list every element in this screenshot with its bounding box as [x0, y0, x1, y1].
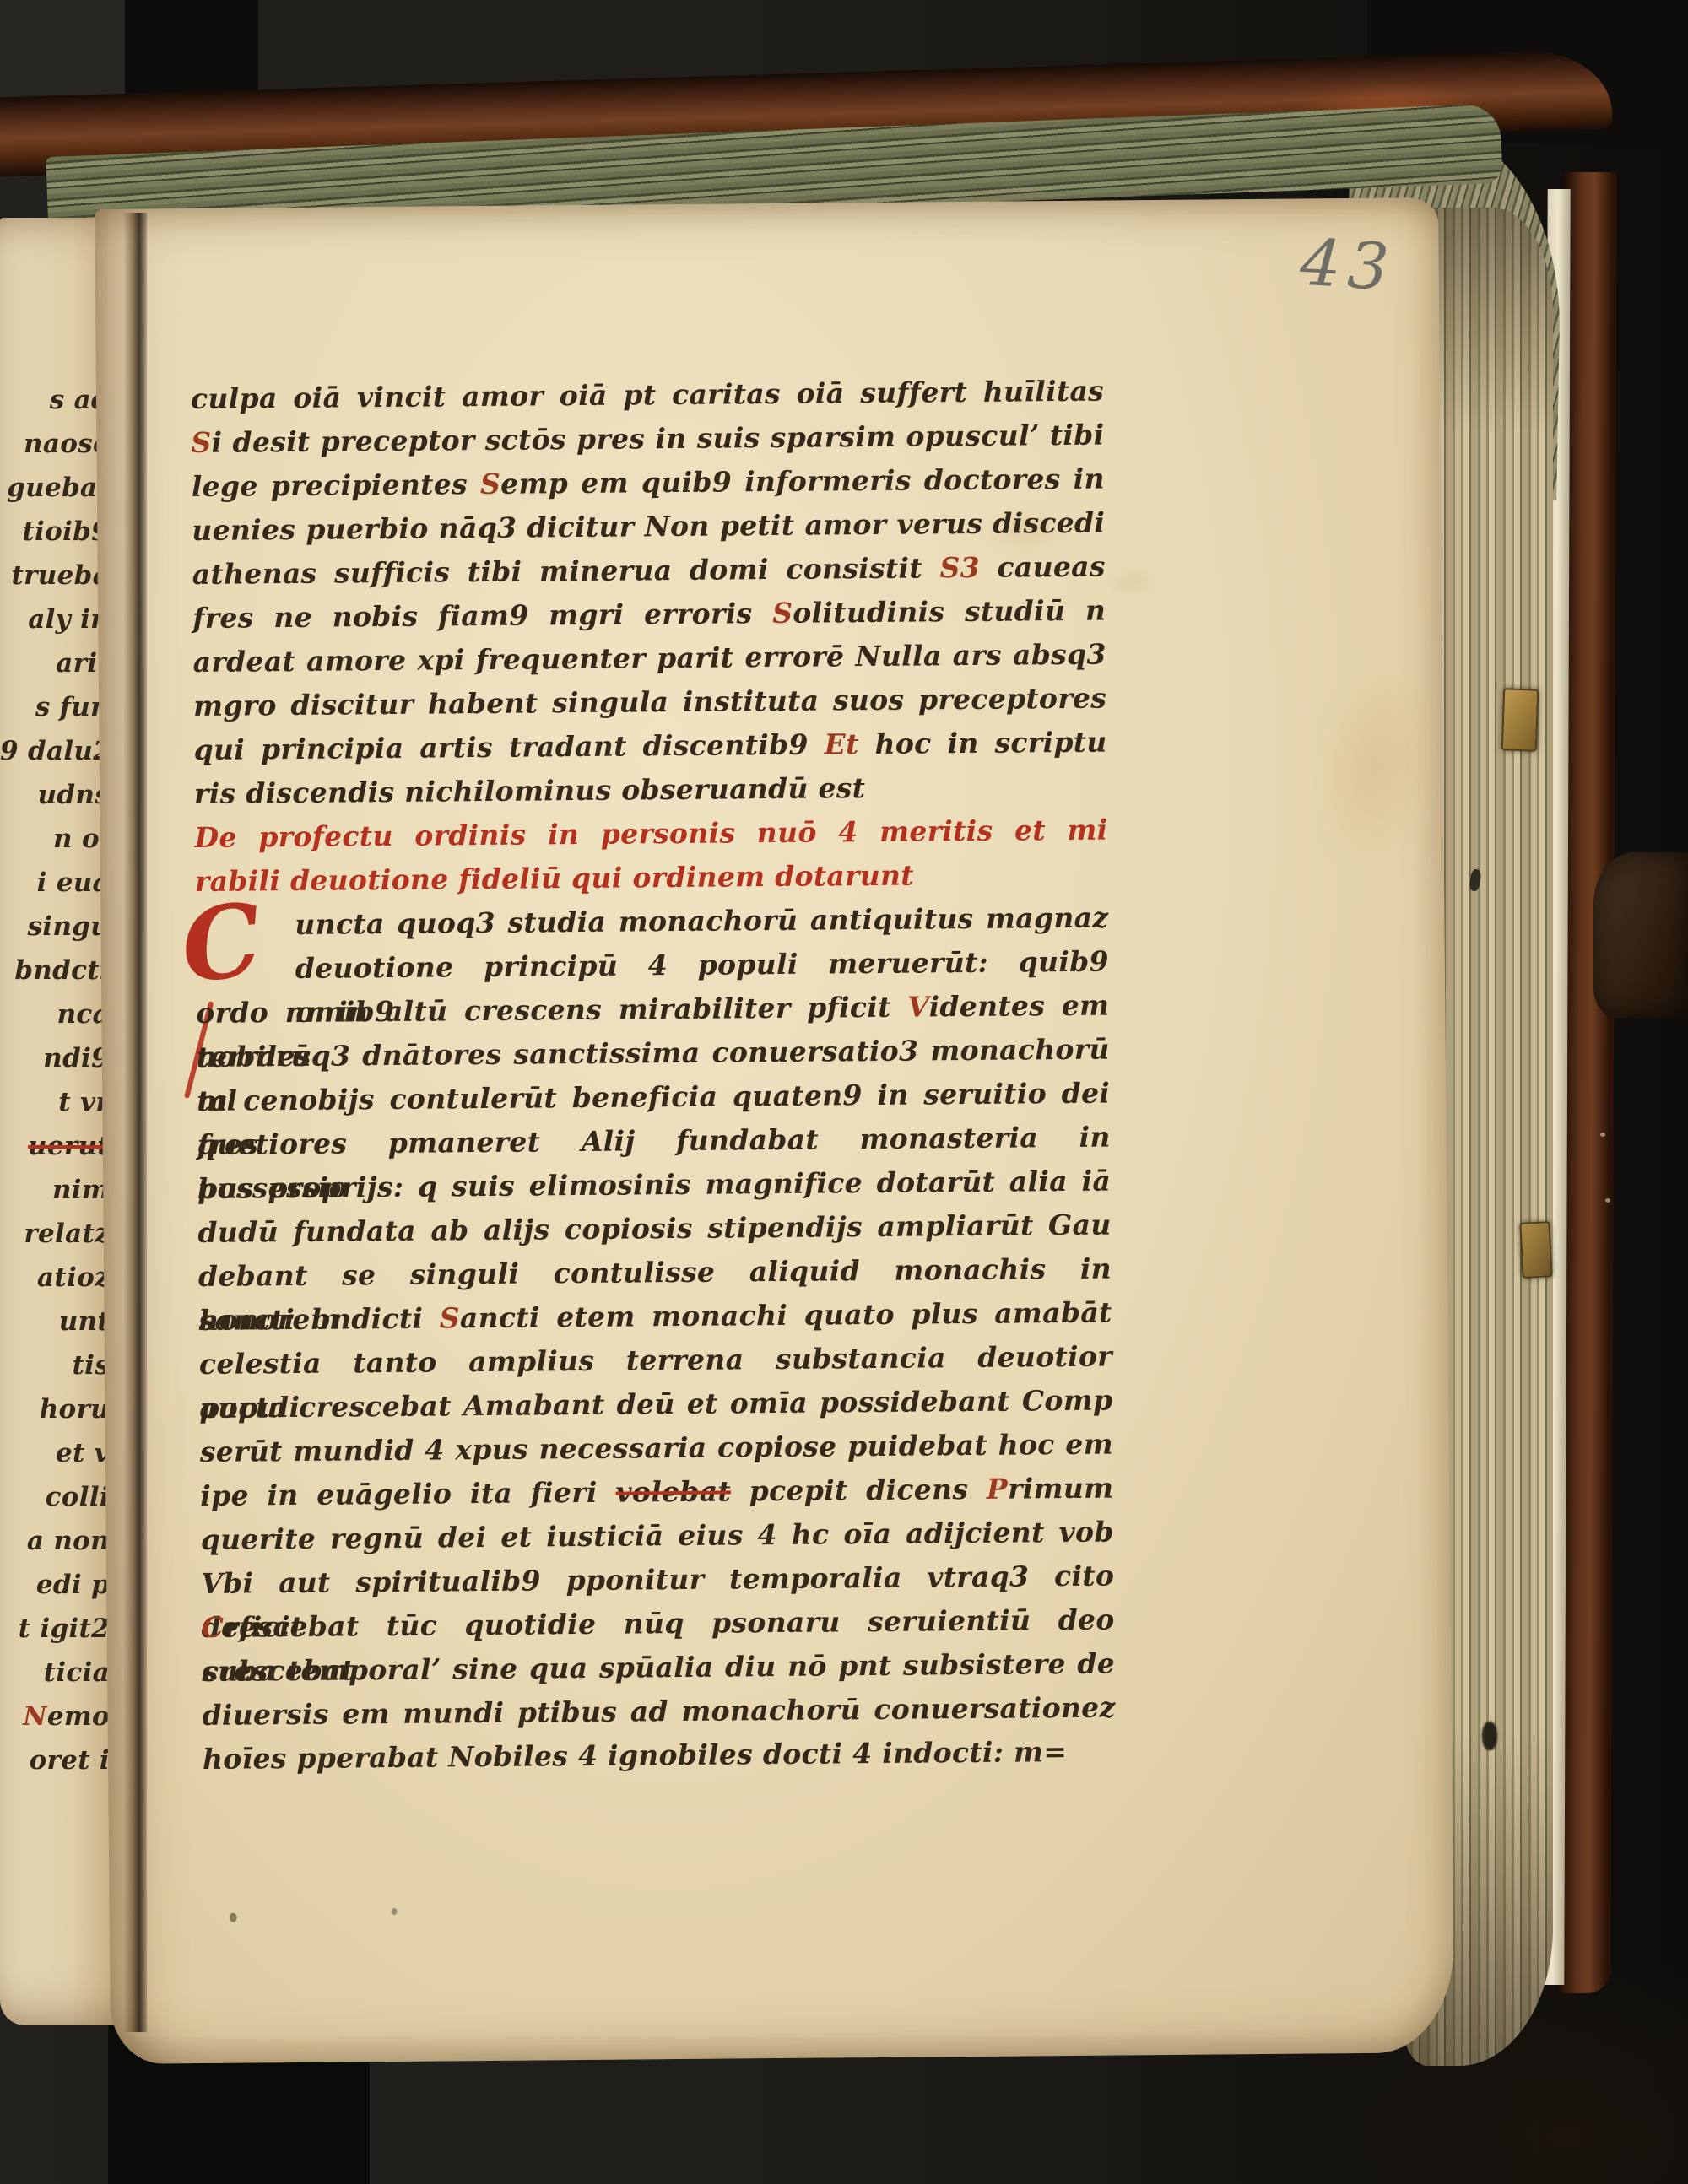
text-segment: ancti etem monachi quato plus amabāt [460, 1296, 1112, 1335]
text-line: athenas sufficis tibi minerua domi consi… [192, 545, 1106, 597]
gutter-crease [123, 213, 147, 2032]
text-segment: S [191, 426, 211, 459]
ink-speck [230, 1913, 237, 1922]
text-line: deuotione principū 4 populi meruerūt: qu… [196, 940, 1109, 992]
fragment-line: edi p [0, 1563, 118, 1607]
text-line: hoīes pperabat Nobiles 4 ignobiles docti… [203, 1730, 1116, 1781]
text-line: culpa oiā vincit amor oiā pt caritas oiā… [191, 370, 1104, 421]
text-line: sancti bndicti Sancti etem monachi quato… [198, 1291, 1112, 1343]
fragment-line: a non [0, 1519, 118, 1563]
manuscript-photo: s adnaoseguebattioib9truebaaly inarits f… [0, 0, 1688, 2184]
text-segment: C [201, 1611, 224, 1644]
text-segment: et v [56, 1438, 110, 1468]
text-segment: qui principia artis tradant discentib9 [193, 727, 824, 766]
text-segment: caueas [980, 550, 1106, 584]
dust-fleck [1600, 1133, 1605, 1137]
text-segment: i eua [37, 868, 110, 898]
rubric-line: rabili deuotione fideliū qui ordinem dot… [195, 852, 1108, 904]
text-segment: dudū fundata ab alijs copiosis stipendij… [197, 1208, 1111, 1249]
fragment-line: horu [0, 1387, 118, 1431]
text-segment: ris discendis nichilominus obseruandū es… [194, 771, 866, 810]
text-line: aucta crescebat Amabant deū et omīa poss… [199, 1379, 1112, 1430]
text-line: Si desit preceptor sctōs pres in suis sp… [191, 414, 1104, 465]
text-segment: trueba [12, 560, 110, 591]
text-line: debant se singuli contulisse aliquid mon… [198, 1247, 1112, 1299]
fragment-line: relatz [0, 1212, 118, 1256]
text-segment: olitudinis studiū n [793, 594, 1106, 630]
text-segment: serūt mundid 4 xpus necessaria copiose p… [200, 1428, 1113, 1468]
text-segment: S [440, 1301, 460, 1334]
text-segment: N [23, 1701, 47, 1732]
text-segment: sancti bndicti [198, 1301, 440, 1336]
fragment-line: uerut [0, 1124, 118, 1168]
text-line: quetiores pmaneret Alij fundabat monaste… [197, 1116, 1110, 1167]
folio-number: 43 [1298, 224, 1398, 305]
text-line: querite regnū dei et iusticiā eius 4 hc … [201, 1511, 1114, 1562]
fragment-line: nim [0, 1168, 118, 1212]
text-segment: horu [40, 1394, 110, 1424]
text-segment: uerut [28, 1131, 110, 1161]
text-line: uenies puerbio nāq3 dicitur Non petit am… [192, 501, 1105, 553]
text-segment: ndi9 [43, 1043, 110, 1073]
text-line: serūt mundid 4 xpus necessaria copiose p… [200, 1423, 1113, 1474]
text-segment: relatz [24, 1219, 110, 1249]
text-segment: i desit preceptor sctōs pres in suis spa… [211, 419, 1104, 459]
text-segment: athenas sufficis tibi minerua domi consi… [192, 551, 940, 591]
text-segment: volebat [615, 1474, 731, 1508]
text-segment: uenies puerbio nāq3 dicitur Non petit am… [192, 506, 1105, 547]
text-segment: Et [824, 727, 858, 760]
ink-speck [392, 1908, 398, 1915]
text-line: terrarūq3 dnātores sanctissima conuersat… [197, 1028, 1110, 1079]
text-line: celestia tanto amplius terrena substanci… [199, 1335, 1112, 1387]
text-line: ris discendis nichilominus obseruandū es… [194, 765, 1107, 816]
fragment-line: atioz [0, 1256, 118, 1300]
rubric-line: De profectu ordinis in personis nuō 4 me… [194, 808, 1107, 860]
text-line: fres ne nobis fiam9 mgri erroris Solitud… [192, 589, 1106, 641]
text-segment: edi p [36, 1570, 110, 1600]
text-segment: diuersis em mundi ptibus ad monachorū co… [202, 1691, 1115, 1732]
fragment-line: tis [0, 1343, 118, 1387]
text-segment: hoīes pperabat Nobiles 4 ignobiles docti… [203, 1735, 1067, 1776]
text-segment: uncta quoq3 studia monachorū antiquitus … [295, 901, 1108, 941]
leaf-marker-tab [1519, 1221, 1552, 1279]
text-segment: rimum [1008, 1472, 1114, 1506]
text-line: mgro discitur habent singula instituta s… [193, 677, 1106, 728]
text-segment: atioz [37, 1262, 110, 1293]
text-line: ardeat amore xpi frequenter parit errorē… [192, 633, 1106, 684]
text-segment: ardeat amore xpi frequenter parit errorē… [193, 638, 1106, 678]
leaf-marker-tab [1501, 688, 1539, 751]
fragment-line: Nemo [0, 1695, 118, 1738]
text-line: ordo nr in altū crescens mirabiliter pfi… [196, 984, 1109, 1035]
text-segment: hoc in scriptu [858, 726, 1106, 761]
text-segment: 9 dalu2 [0, 736, 111, 766]
fragment-line: t vr [0, 1080, 118, 1124]
text-line: ipe in euāgelio ita fieri volebat pcepit… [200, 1467, 1113, 1518]
text-segment: ipe in euāgelio ita fieri [200, 1476, 615, 1512]
text-segment: De profectu ordinis in personis nuō 4 me… [194, 814, 1107, 854]
text-segment: S3 [939, 551, 980, 584]
clasp-strap [1593, 852, 1688, 1018]
text-segment: suba temporalʼ sine qua spūalia diu nō p… [202, 1647, 1115, 1688]
right-page: 43 C culpa oiā vincit amor oiā pt carita… [95, 197, 1454, 2064]
text-line: uncta quoq3 studia monachorū antiquitus … [195, 896, 1108, 948]
text-line: qui principia artis tradant discentib9 E… [193, 721, 1106, 772]
text-line: lege precipientes Semp em quib9 informer… [192, 457, 1105, 509]
fragment-line: oret i [0, 1738, 118, 1782]
text-segment: culpa oiā vincit amor oiā pt caritas oiā… [191, 375, 1104, 415]
text-segment: nim [52, 1175, 110, 1205]
parchment-stain [1298, 652, 1449, 880]
text-segment: emp em quib9 informeris doctores in [500, 462, 1105, 500]
fragment-line: et v [0, 1431, 118, 1475]
text-segment: singu [28, 911, 110, 942]
fore-edge-ink-blot [1482, 1722, 1497, 1750]
text-segment: bndcti [14, 955, 110, 986]
fragment-line: ticia [0, 1651, 118, 1695]
parchment-stain [1102, 563, 1161, 601]
text-segment: oret i [30, 1745, 110, 1776]
text-segment: a non [27, 1526, 110, 1556]
text-line: suba temporalʼ sine qua spūalia diu nō p… [202, 1642, 1115, 1694]
text-segment: emo [47, 1701, 110, 1732]
text-line: dudū fundata ab alijs copiosis stipendij… [197, 1203, 1111, 1255]
fragment-line: nca [0, 992, 118, 1036]
text-segment: V [907, 990, 929, 1023]
text-segment: aucta crescebat Amabant deū et omīa poss… [199, 1384, 1112, 1424]
text-segment: guebat [7, 473, 110, 503]
text-segment: rabili deuotione fideliū qui ordinem dot… [195, 859, 914, 898]
text-line: diuersis em mundi ptibus ad monachorū co… [202, 1686, 1115, 1738]
text-line: Crescebat tūc quotidie nūq psonaru serui… [201, 1598, 1114, 1650]
text-segment: P [987, 1473, 1008, 1506]
text-segment: ordo nr in altū crescens mirabiliter pfi… [196, 991, 907, 1030]
text-segment: S [480, 468, 500, 500]
main-text-block: culpa oiā vincit amor oiā pt caritas oiā… [191, 370, 1116, 1781]
text-segment: ticia [44, 1657, 110, 1688]
text-segment: pcepit dicens [731, 1473, 987, 1508]
fragment-line: unt [0, 1300, 118, 1343]
text-segment: t igit2 [19, 1614, 110, 1644]
text-line: bus proprijs: q suis elimosinis magnific… [197, 1160, 1111, 1211]
text-segment: mgro discitur habent singula instituta s… [193, 682, 1106, 722]
text-segment: fres ne nobis fiam9 mgri erroris [192, 597, 772, 635]
fragment-line: colli [0, 1475, 118, 1519]
text-segment: lege precipientes [192, 468, 481, 503]
text-line: ta cenobijs contulerūt beneficia quaten9… [197, 1072, 1110, 1123]
fragment-line: t igit2 [0, 1607, 118, 1651]
fragment-line: ndi9 [0, 1036, 118, 1080]
text-segment: unt [59, 1306, 110, 1337]
text-segment: S [772, 597, 793, 630]
text-segment: bus proprijs: q suis elimosinis magnific… [197, 1165, 1111, 1205]
dust-fleck [1605, 1198, 1610, 1203]
text-line: Vbi aut spiritualib9 pponitur temporalia… [201, 1554, 1114, 1606]
text-segment: colli [46, 1482, 110, 1512]
text-segment: querite regnū dei et iusticiā eius 4 hc … [201, 1516, 1114, 1556]
